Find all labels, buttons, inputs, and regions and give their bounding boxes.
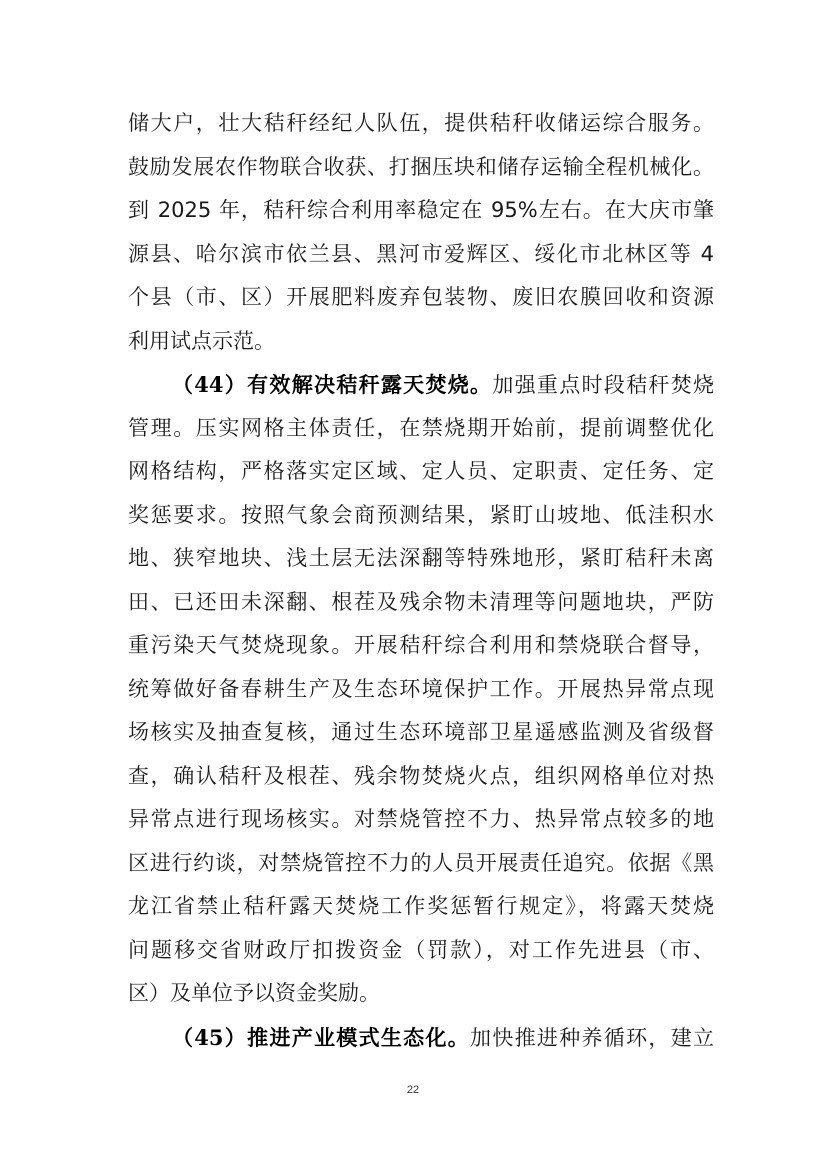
text-line: 到 2025 年，秸秆综合利用率稳定在 95%左右。在大庆市肇 — [128, 189, 714, 233]
text-line: 鼓励发展农作物联合收获、打捆压块和储存运输全程机械化。 — [128, 146, 714, 190]
section-44-heading: （44）有效解决秸秆露天焚烧。 — [172, 372, 492, 397]
section-45-lead-text: 加快推进种养循环，建立 — [470, 1026, 714, 1050]
text-line: 查，确认秸秆及根茬、残余物焚烧火点，组织网格单位对热 — [128, 755, 714, 799]
text-line: 问题移交省财政厅扣拨资金（罚款），对工作先进县（市、 — [128, 929, 714, 973]
text-line: 区）及单位予以资金奖励。 — [128, 972, 714, 1016]
text-line: 场核实及抽查复核，通过生态环境部卫星遥感监测及省级督 — [128, 711, 714, 755]
text-line: 储大户，壮大秸秆经纪人队伍，提供秸秆收储运综合服务。 — [128, 102, 714, 146]
page-number: 22 — [0, 1084, 826, 1096]
text-line: 利用试点示范。 — [128, 320, 714, 364]
body-text: 储大户，壮大秸秆经纪人队伍，提供秸秆收储运综合服务。 鼓励发展农作物联合收获、打… — [128, 102, 714, 1059]
text-line: 地、狭窄地块、浅土层无法深翻等特殊地形，紧盯秸秆未离 — [128, 537, 714, 581]
text-line: 田、已还田未深翻、根茬及残余物未清理等问题地块，严防 — [128, 581, 714, 625]
section-44-lead-text: 加强重点时段秸秆焚烧 — [492, 373, 714, 397]
text-line: 区进行约谈，对禁烧管控不力的人员开展责任追究。依据《黑 — [128, 842, 714, 886]
section-44-first-line: （44）有效解决秸秆露天焚烧。加强重点时段秸秆焚烧 — [128, 363, 714, 407]
text-line: 源县、哈尔滨市依兰县、黑河市爱辉区、绥化市北林区等 4 — [128, 233, 714, 277]
section-45-first-line: （45）推进产业模式生态化。加快推进种养循环，建立 — [128, 1016, 714, 1060]
text-line: 重污染天气焚烧现象。开展秸秆综合利用和禁烧联合督导， — [128, 624, 714, 668]
document-page: 储大户，壮大秸秆经纪人队伍，提供秸秆收储运综合服务。 鼓励发展农作物联合收获、打… — [0, 0, 826, 1169]
section-45-heading: （45）推进产业模式生态化。 — [172, 1025, 470, 1050]
text-line: 龙江省禁止秸秆露天焚烧工作奖惩暂行规定》，将露天焚烧 — [128, 885, 714, 929]
text-line: 奖惩要求。按照气象会商预测结果，紧盯山坡地、低洼积水 — [128, 494, 714, 538]
text-line: 异常点进行现场核实。对禁烧管控不力、热异常点较多的地 — [128, 798, 714, 842]
text-line: 网格结构，严格落实定区域、定人员、定职责、定任务、定 — [128, 450, 714, 494]
text-line: 管理。压实网格主体责任，在禁烧期开始前，提前调整优化 — [128, 407, 714, 451]
text-line: 个县（市、区）开展肥料废弃包装物、废旧农膜回收和资源 — [128, 276, 714, 320]
text-line: 统筹做好备春耕生产及生态环境保护工作。开展热异常点现 — [128, 668, 714, 712]
